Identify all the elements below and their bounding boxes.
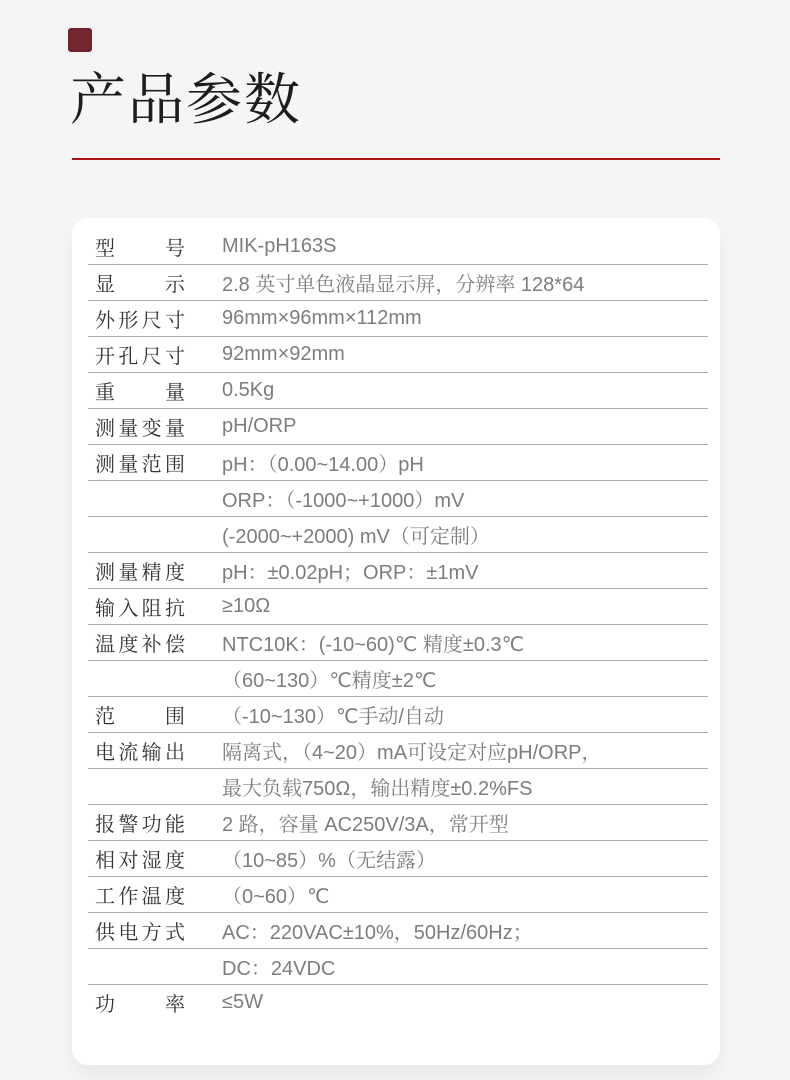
spec-label: 显示 [95, 268, 185, 297]
spec-value: 0.5Kg [222, 379, 274, 402]
spec-row: 输入阻抗≥10Ω [88, 588, 708, 624]
spec-row: 相对湿度（10~85）%（无结露） [88, 840, 708, 876]
spec-value: （-10~130）℃手动/自动 [222, 700, 444, 729]
spec-value: ORP：（-1000~+1000）mV [222, 484, 464, 513]
spec-row: 型号MIK-pH163S [88, 228, 708, 264]
spec-value: AC：220VAC±10%，50Hz/60Hz； [222, 916, 533, 945]
spec-label: 重量 [95, 376, 185, 405]
spec-value: 2.8 英寸单色液晶显示屏，分辨率 128*64 [222, 268, 584, 297]
spec-label: 工作温度 [95, 880, 185, 909]
spec-label: 测量范围 [95, 448, 185, 477]
spec-row: 电流输出隔离式，（4~20）mA可设定对应pH/ORP， [88, 732, 708, 768]
spec-label: 型号 [95, 232, 185, 261]
spec-label: 测量变量 [95, 412, 185, 441]
spec-value: 最大负载750Ω，输出精度±0.2%FS [222, 772, 532, 801]
spec-row: 温度补偿NTC10K：(-10~60)℃ 精度±0.3℃ [88, 624, 708, 660]
spec-label: 相对湿度 [95, 844, 185, 873]
spec-label: 测量精度 [95, 556, 185, 585]
spec-value: 隔离式，（4~20）mA可设定对应pH/ORP， [222, 736, 602, 765]
spec-row: 外形尺寸96mm×96mm×112mm [88, 300, 708, 336]
spec-value: pH/ORP [222, 415, 296, 438]
spec-row: 范围（-10~130）℃手动/自动 [88, 696, 708, 732]
spec-row: DC：24VDC [88, 948, 708, 984]
spec-row: （60~130）℃精度±2℃ [88, 660, 708, 696]
spec-row: 测量范围pH：（0.00~14.00）pH [88, 444, 708, 480]
spec-value: pH：±0.02pH；ORP：±1mV [222, 556, 478, 585]
spec-value: 96mm×96mm×112mm [222, 307, 422, 330]
title-divider [72, 158, 720, 160]
spec-label: 外形尺寸 [95, 304, 185, 333]
spec-row: 测量变量pH/ORP [88, 408, 708, 444]
spec-value: NTC10K：(-10~60)℃ 精度±0.3℃ [222, 628, 524, 657]
spec-table: 型号MIK-pH163S显示2.8 英寸单色液晶显示屏，分辨率 128*64外形… [88, 228, 708, 1020]
spec-row: 功率≤5W [88, 984, 708, 1020]
spec-label: 范围 [95, 700, 185, 729]
page-title: 产品参数 [70, 66, 302, 134]
spec-label: 电流输出 [95, 736, 185, 765]
spec-value: pH：（0.00~14.00）pH [222, 448, 424, 477]
spec-row: ORP：（-1000~+1000）mV [88, 480, 708, 516]
spec-value: 2 路，容量 AC250V/3A，常开型 [222, 808, 509, 837]
spec-value: （10~85）%（无结露） [222, 844, 436, 873]
spec-label: 报警功能 [95, 808, 185, 837]
spec-row: 最大负载750Ω，输出精度±0.2%FS [88, 768, 708, 804]
spec-label: 开孔尺寸 [95, 340, 185, 369]
spec-value: ≤5W [222, 991, 263, 1014]
spec-label: 功率 [95, 988, 185, 1017]
spec-row: 开孔尺寸92mm×92mm [88, 336, 708, 372]
spec-row: 工作温度（0~60）℃ [88, 876, 708, 912]
spec-label: 温度补偿 [95, 628, 185, 657]
spec-value: (-2000~+2000) mV（可定制） [222, 520, 490, 549]
spec-label: 供电方式 [95, 916, 185, 945]
spec-row: 报警功能2 路，容量 AC250V/3A，常开型 [88, 804, 708, 840]
page: 产品参数 型号MIK-pH163S显示2.8 英寸单色液晶显示屏，分辨率 128… [0, 0, 790, 1080]
spec-value: 92mm×92mm [222, 343, 345, 366]
spec-label: 输入阻抗 [95, 592, 185, 621]
brand-square-icon [68, 28, 92, 52]
spec-card: 型号MIK-pH163S显示2.8 英寸单色液晶显示屏，分辨率 128*64外形… [72, 218, 720, 1065]
spec-value: MIK-pH163S [222, 235, 337, 258]
spec-row: 重量0.5Kg [88, 372, 708, 408]
spec-row: 显示2.8 英寸单色液晶显示屏，分辨率 128*64 [88, 264, 708, 300]
spec-value: ≥10Ω [222, 595, 270, 618]
spec-row: 测量精度pH：±0.02pH；ORP：±1mV [88, 552, 708, 588]
spec-row: 供电方式AC：220VAC±10%，50Hz/60Hz； [88, 912, 708, 948]
spec-value: （0~60）℃ [222, 880, 330, 909]
spec-row: (-2000~+2000) mV（可定制） [88, 516, 708, 552]
spec-value: DC：24VDC [222, 952, 335, 981]
spec-value: （60~130）℃精度±2℃ [222, 664, 436, 693]
